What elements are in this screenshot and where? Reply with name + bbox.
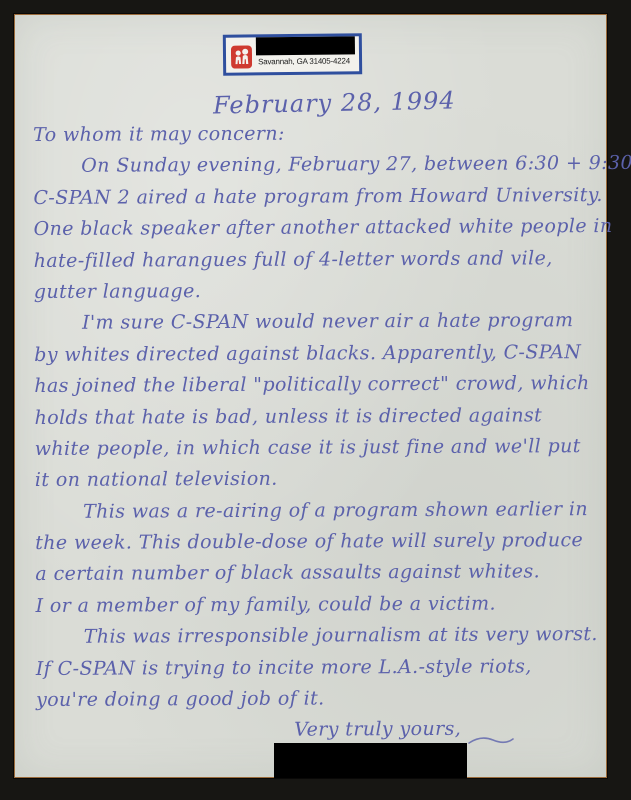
letter-line: white people, in which case it is just f… — [35, 431, 610, 465]
letter-line: hate-filled harangues full of 4-letter w… — [34, 243, 609, 277]
letter-line: I'm sure C-SPAN would never air a hate p… — [34, 305, 609, 339]
letter-page: Savannah, GA 31405-4224 February 28, 199… — [14, 14, 607, 778]
letter-line: it on national television. — [35, 462, 610, 496]
letter-line: gutter language. — [34, 274, 609, 308]
letter-date: February 28, 1994 — [213, 86, 456, 119]
address-redaction-bar — [256, 36, 355, 55]
letter-line: I or a member of my family, could be a v… — [35, 588, 610, 622]
family-icon — [231, 45, 252, 68]
letter-line: holds that hate is bad, unless it is dir… — [34, 400, 609, 434]
letter-line: you're doing a good job of it. — [36, 682, 611, 716]
letter-body: To whom it may concern: On Sunday evenin… — [33, 117, 611, 748]
letter-line: If C-SPAN is trying to incite more L.A.-… — [36, 651, 611, 685]
letter-line: On Sunday evening, February 27, between … — [33, 148, 608, 182]
letter-line: This was a re-airing of a program shown … — [35, 494, 610, 528]
letter-line: a certain number of black assaults again… — [35, 556, 610, 590]
letter-line: One black speaker after another attacked… — [33, 211, 608, 245]
letter-line: C-SPAN 2 aired a hate program from Howar… — [33, 180, 608, 214]
scan-backdrop: Savannah, GA 31405-4224 February 28, 199… — [0, 0, 631, 800]
letter-line: This was irresponsible journalism at its… — [36, 619, 611, 653]
letter-line: has joined the liberal "politically corr… — [34, 368, 609, 402]
letter-line: To whom it may concern: — [33, 117, 608, 151]
letter-line: the week. This double-dose of hate will … — [35, 525, 610, 559]
signature-redaction-bar — [274, 743, 467, 778]
return-address-label: Savannah, GA 31405-4224 — [223, 33, 362, 75]
label-city-line: Savannah, GA 31405-4224 — [258, 56, 350, 66]
signature-ink-trace — [467, 733, 515, 747]
letter-line: by whites directed against blacks. Appar… — [34, 337, 609, 371]
